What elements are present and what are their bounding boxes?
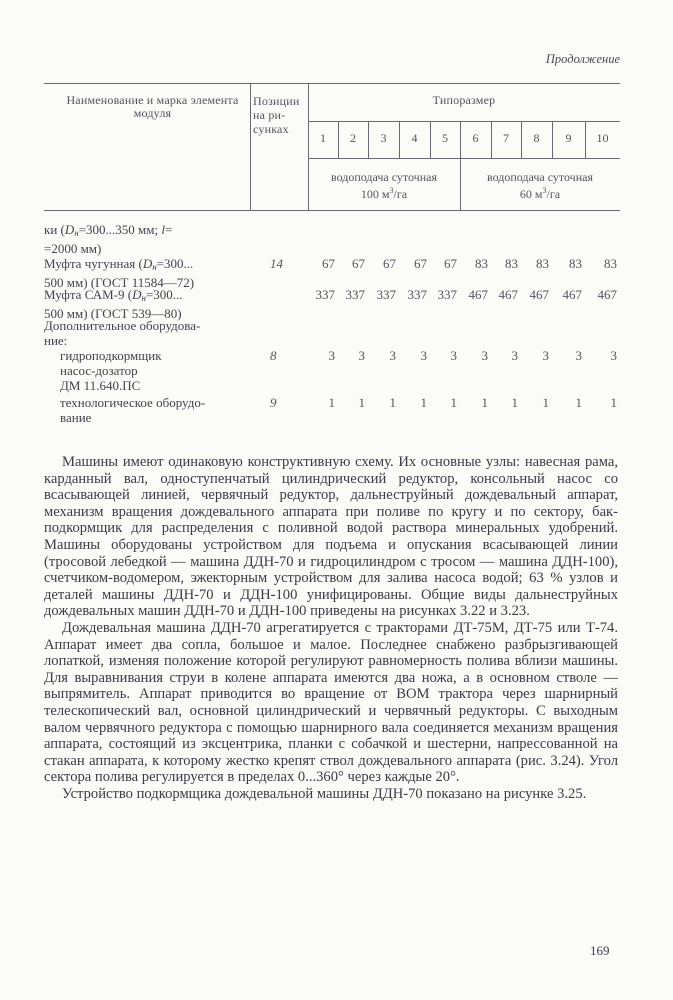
table-cell-value: 3	[307, 348, 335, 364]
table-header-bottom-rule	[44, 210, 620, 211]
table-cell-value: 83	[490, 256, 518, 272]
water-group-60: водоподача суточная 60 м3/га	[460, 171, 620, 201]
page-number: 169	[590, 943, 610, 959]
typesize-column-10: 10	[585, 131, 620, 146]
table-cell-value: 337	[399, 287, 427, 303]
body-text: Машины имеют одинаковую конструктивную с…	[44, 454, 618, 802]
typesize-column-3: 3	[368, 131, 399, 146]
table-top-rule	[44, 83, 620, 84]
table-cell-value: 1	[589, 395, 617, 411]
typesize-column-6: 6	[460, 131, 491, 146]
table-cell-value: 1	[429, 395, 457, 411]
header-typesize: Типоразмер	[308, 94, 620, 107]
text: вание	[60, 410, 91, 425]
table-cell-value: 3	[429, 348, 457, 364]
table-row-name: Муфта чугунная (Dн=300... 500 мм) (ГОСТ …	[44, 256, 254, 290]
water-value: 60 м	[520, 187, 543, 201]
table-cell-value: 467	[589, 287, 617, 303]
table-row-name: технологическое оборудо- вание	[60, 395, 270, 425]
text: насос-дозатор	[60, 363, 138, 378]
table-cell-value: 3	[337, 348, 365, 364]
table-row-name: гидроподкормщик насос-дозатор ДМ 11.640.…	[60, 348, 270, 393]
table-row-position: 9	[270, 395, 277, 411]
table-cell-value: 467	[460, 287, 488, 303]
table-row-name: Муфта САМ-9 (Dн=300... 500 мм) (ГОСТ 539…	[44, 287, 254, 321]
paragraph: Устройство подкормщика дождевальной маши…	[44, 786, 618, 803]
table-cell-value: 67	[368, 256, 396, 272]
text: =300...350 мм;	[79, 222, 162, 237]
table-cell-value: 337	[307, 287, 335, 303]
typesize-column-8: 8	[521, 131, 552, 146]
table-row-position: 8	[270, 348, 277, 364]
typesize-column-1: 1	[308, 131, 338, 146]
text: =	[165, 222, 172, 237]
table-row-position: 14	[270, 256, 283, 272]
table-cell-value: 83	[521, 256, 549, 272]
table-cell-value: 467	[521, 287, 549, 303]
table-cell-value: 1	[460, 395, 488, 411]
text: гидроподкормщик	[60, 348, 162, 363]
table-cell-value: 3	[490, 348, 518, 364]
text: ДМ 11.640.ПС	[60, 378, 140, 393]
unit-suffix: /га	[547, 187, 561, 201]
table-cell-value: 467	[490, 287, 518, 303]
text: =300...	[157, 256, 194, 271]
table-cell-value: 1	[368, 395, 396, 411]
table-cell-value: 3	[554, 348, 582, 364]
paragraph: Дождевальная машина ДДН-70 агрегатируетс…	[44, 620, 618, 786]
water-label: водоподача суточная	[487, 170, 593, 184]
typesize-rule	[308, 121, 620, 122]
table-row-name: Дополнительное оборудова- ние:	[44, 318, 254, 348]
table-cell-value: 67	[337, 256, 365, 272]
table-cell-value: 3	[589, 348, 617, 364]
table-cell-value: 337	[429, 287, 457, 303]
table-cell-value: 67	[307, 256, 335, 272]
table-cell-value: 1	[307, 395, 335, 411]
typesize-column-7: 7	[491, 131, 521, 146]
table-cell-value: 67	[399, 256, 427, 272]
water-group-100: водоподача суточная 100 м3/га	[308, 171, 460, 201]
typesize-column-2: 2	[338, 131, 368, 146]
table-cell-value: 3	[521, 348, 549, 364]
table-cell-value: 83	[589, 256, 617, 272]
table-cell-value: 83	[460, 256, 488, 272]
text: ки (	[44, 222, 65, 237]
text: =300...	[146, 287, 183, 302]
text: Дополнительное оборудова-	[44, 318, 200, 333]
water-value: 100 м	[361, 187, 390, 201]
unit-suffix: /га	[394, 187, 408, 201]
text: Муфта чугунная (	[44, 256, 143, 271]
header-positions: Позиции на ри-сунках	[253, 94, 309, 136]
typesize-column-5: 5	[430, 131, 460, 146]
text: ние:	[44, 333, 67, 348]
table-cell-value: 1	[521, 395, 549, 411]
table-row-name: ки (Dн=300...350 мм; l= =2000 мм)	[44, 222, 254, 256]
continued-label: Продолжение	[546, 52, 620, 67]
col-divider-name	[250, 83, 251, 210]
water-label: водоподача суточная	[331, 170, 437, 184]
text: Муфта САМ-9 (	[44, 287, 132, 302]
table-cell-value: 1	[490, 395, 518, 411]
table-cell-value: 1	[337, 395, 365, 411]
table-cell-value: 3	[399, 348, 427, 364]
table-cell-value: 67	[429, 256, 457, 272]
subcolumn-rule	[308, 158, 620, 159]
table-cell-value: 1	[399, 395, 427, 411]
table-cell-value: 337	[368, 287, 396, 303]
paragraph: Машины имеют одинаковую конструктивную с…	[44, 454, 618, 620]
table-cell-value: 83	[554, 256, 582, 272]
text: D	[65, 222, 74, 237]
table-cell-value: 467	[554, 287, 582, 303]
table-cell-value: 1	[554, 395, 582, 411]
header-name: Наименование и марка элемента модуля	[60, 94, 245, 120]
typesize-column-4: 4	[399, 131, 430, 146]
text: D	[143, 256, 152, 271]
table-cell-value: 337	[337, 287, 365, 303]
typesize-column-9: 9	[552, 131, 585, 146]
table-cell-value: 3	[460, 348, 488, 364]
text: =2000 мм)	[44, 241, 101, 256]
text: технологическое оборудо-	[60, 395, 205, 410]
table-cell-value: 3	[368, 348, 396, 364]
